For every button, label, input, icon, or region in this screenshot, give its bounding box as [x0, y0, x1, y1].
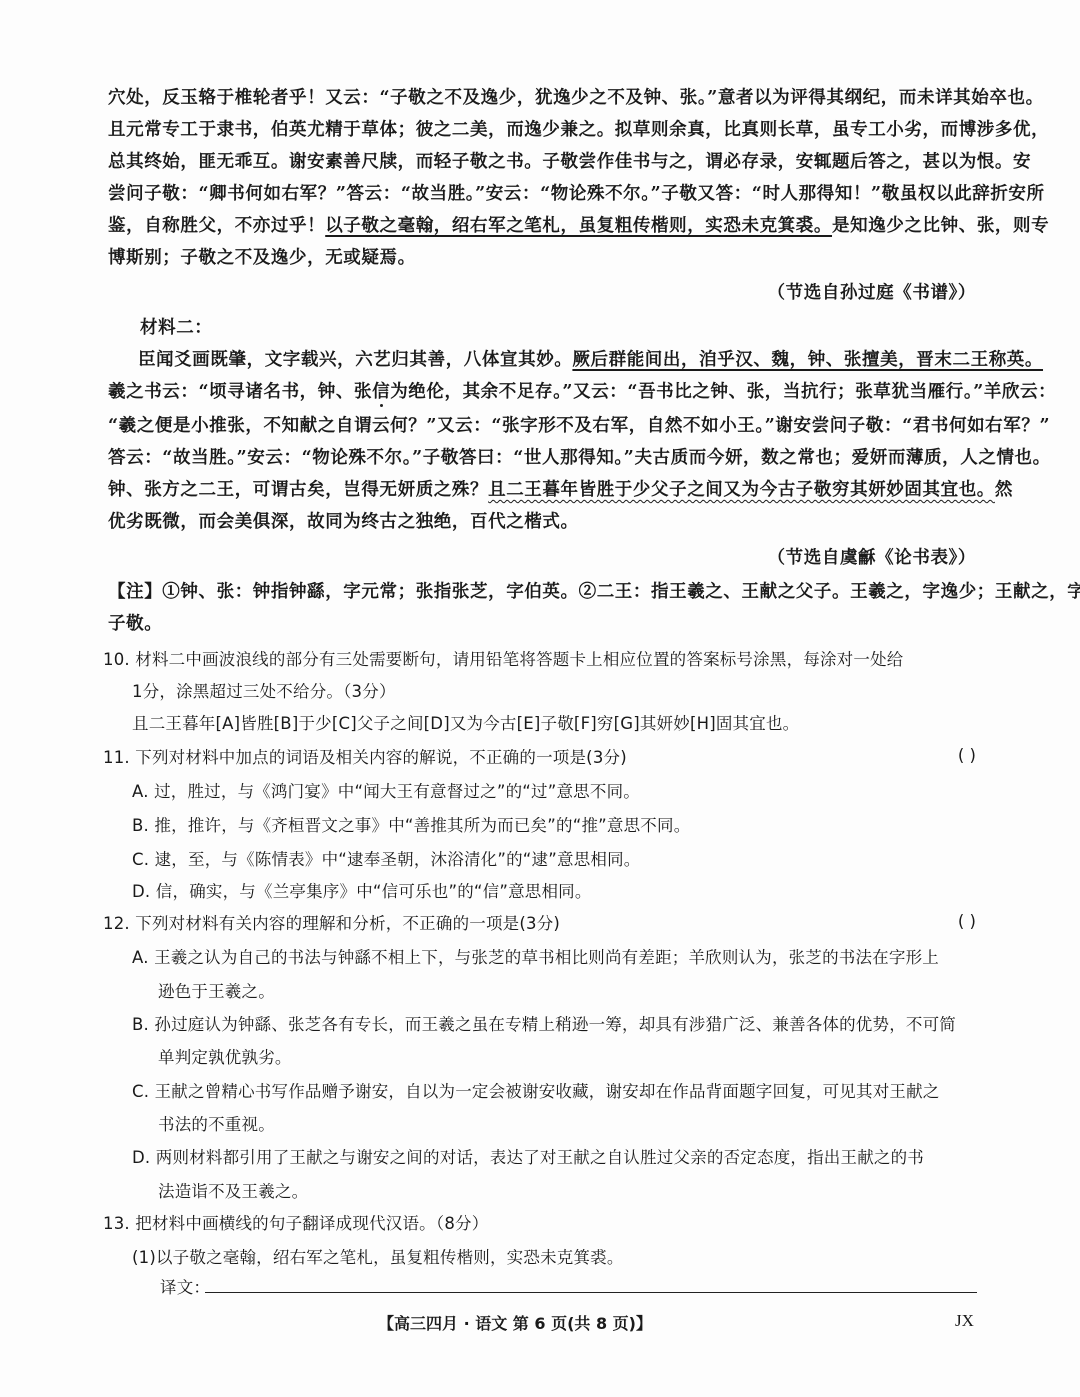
question-11-stem: 11. 下列对材料中加点的词语及相关内容的解说，不正确的一项是(3分) [103, 746, 973, 770]
question-10-stem-cont: 1分，涂黑超过三处不给分。（3分） [132, 680, 978, 704]
question-11-option-a: A. 过，胜过，与《鸿门宴》中“闻大王有意督过之”的“过”意思不同。 [132, 780, 978, 804]
question-12-option-d-cont: 法造诣不及王羲之。 [158, 1180, 1028, 1204]
question-12-option-b: B. 孙过庭认为钟繇、张芝各有专长，而王羲之虽在专精上稍逊一筹，却具有涉猎广泛、… [132, 1013, 978, 1037]
question-13-sub1: (1)以子敬之毫翰，绍右军之笔札，虽复粗传楷则，实恐未克箕裘。 [132, 1246, 978, 1270]
text: 为绝伦，其余不足存。”又云：“吾书比之钟、张，当抗行；张草犹当雁行。”羊欣云： [390, 382, 1056, 402]
text: 钟、张方之二王，可谓古矣，岂得无妍质之殊？ [108, 480, 488, 500]
underlined-sentence: 厥后群能间出，洎乎汉、魏，钟、张擅美，晋末二王称英。 [572, 350, 1043, 370]
wavy-underlined-sentence: 且二王暮年皆胜于少父子之间又为今古子敬穷其妍妙固其宜也。 [488, 480, 995, 500]
question-12-option-b-cont: 单判定孰优孰劣。 [158, 1046, 1028, 1070]
question-13-stem: 13. 把材料中画横线的句子翻译成现代汉语。（8分） [103, 1212, 973, 1236]
material1-line: 且元常专工于隶书，伯英尤精于草体；彼之二美，而逸少兼之。拟草则余真，比真则长草，… [108, 118, 978, 142]
question-12-option-c-cont: 书法的不重视。 [158, 1113, 1028, 1137]
question-12-option-d: D. 两则材料都引用了王献之与谢安之间的对话，表达了对王献之自认胜过父亲的否定态… [132, 1146, 978, 1170]
material2-line: 答云：“故当胜。”安云：“物论殊不尔。”子敬答曰：“世人那得知。”夫古质而今妍，… [108, 446, 978, 470]
material2-line: 羲之书云：“顷寻诸名书，钟、张信为绝伦，其余不足存。”又云：“吾书比之钟、张，当… [108, 380, 978, 404]
answer-label: 译文： [160, 1276, 1030, 1300]
answer-parentheses[interactable]: ( ) [958, 912, 976, 931]
material1-line: 鉴，自称胜父，不亦过乎！以子敬之毫翰，绍右军之笔札，虽复粗传楷则，实恐未克箕裘。… [108, 214, 978, 238]
answer-parentheses[interactable]: ( ) [958, 746, 976, 765]
question-10-sentence: 且二王暮年[A]皆胜[B]于少[C]父子之间[D]又为今古[E]子敬[F]穷[G… [132, 712, 978, 736]
text: 是知逸少之比钟、张，则专 [832, 216, 1049, 236]
text: 然 [995, 480, 1013, 500]
note-line: 【注】①钟、张：钟指钟繇，字元常；张指张芝，字伯英。②二王：指王羲之、王献之父子… [108, 580, 978, 604]
material1-line: 总其终始，匪无乖互。谢安素善尺牍，而轻子敬之书。子敬尝作佳书与之，谓必存录，安辄… [108, 150, 978, 174]
question-10-stem: 10. 材料二中画波浪线的部分有三处需要断句，请用铅笔将答题卡上相应位置的答案标… [103, 648, 973, 672]
underlined-sentence: 以子敬之毫翰，绍右军之笔札，虽复粗传楷则，实恐未克箕裘。 [325, 216, 832, 236]
material2-title: 材料二： [140, 316, 1010, 340]
material1-line: 尝问子敬：“卿书何如右军？”答云：“故当胜。”安云：“物论殊不尔。”子敬又答：“… [108, 182, 978, 206]
text: 羲之书云：“顷寻诸名书，钟、张 [108, 382, 372, 402]
question-11-option-d: D. 信，确实，与《兰亭集序》中“信可乐也”的“信”意思相同。 [132, 880, 978, 904]
material2-line: “羲之便是小推张，不知献之自谓云何？”又云：“张字形不及右军，自然不如小王。”谢… [108, 414, 978, 438]
question-11-option-b: B. 推，推许，与《齐桓晋文之事》中“善推其所为而已矣”的“推”意思不同。 [132, 814, 978, 838]
text: 臣闻爻画既肇，文字载兴，六艺归其善，八体宣其妙。 [138, 350, 572, 370]
material2-line: 臣闻爻画既肇，文字载兴，六艺归其善，八体宣其妙。厥后群能间出，洎乎汉、魏，钟、张… [138, 348, 978, 372]
text: 鉴，自称胜父，不亦过乎！ [108, 216, 325, 236]
note-line: 子敬。 [108, 612, 978, 636]
question-12-option-a-cont: 逊色于王羲之。 [158, 980, 1028, 1004]
page-footer: 【高三四月 · 语文 第 6 页(共 8 页)】 [378, 1311, 652, 1334]
footer-code: JX [955, 1311, 974, 1331]
material2-line: 钟、张方之二王，可谓古矣，岂得无妍质之殊？且二王暮年皆胜于少父子之间又为今古子敬… [108, 478, 978, 502]
material1-line: 博斯别；子敬之不及逸少，无或疑焉。 [108, 246, 978, 270]
question-12-option-c: C. 王献之曾精心书写作品赠予谢安，自以为一定会被谢安收藏，谢安却在作品背面题字… [132, 1080, 978, 1104]
question-11-option-c: C. 逮，至，与《陈情表》中“逮奉圣朝，沐浴清化”的“逮”意思相同。 [132, 848, 978, 872]
question-12-stem: 12. 下列对材料有关内容的理解和分析，不正确的一项是(3分) [103, 912, 973, 936]
source-citation: （节选自虞龢《论书表》） [768, 546, 976, 570]
question-12-option-a: A. 王羲之认为自己的书法与钟繇不相上下，与张芝的草书相比则尚有差距；羊欣则认为… [132, 946, 978, 970]
exam-page: 穴处，反玉辂于椎轮者乎！又云：“子敬之不及逸少，犹逸少之不及钟、张。”意者以为评… [0, 0, 1080, 1397]
emphasis-dot-char: 信 [372, 382, 390, 402]
material2-line: 优劣既微，而会美俱深，故同为终古之独绝，百代之楷式。 [108, 510, 978, 534]
source-citation: （节选自孙过庭《书谱》） [768, 281, 976, 305]
material1-line: 穴处，反玉辂于椎轮者乎！又云：“子敬之不及逸少，犹逸少之不及钟、张。”意者以为评… [108, 86, 978, 110]
answer-line[interactable] [205, 1292, 977, 1293]
